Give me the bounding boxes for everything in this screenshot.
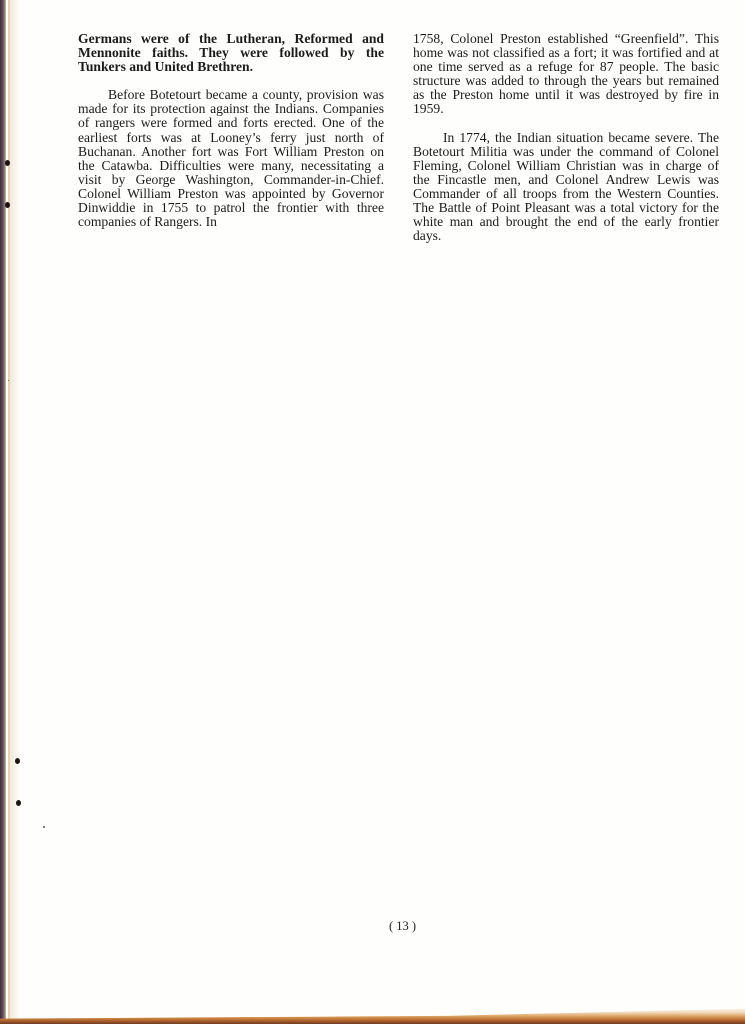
page-number: ( 13 ) — [0, 919, 745, 934]
right-column: 1758, Colonel Preston established “Green… — [413, 32, 719, 243]
paragraph-religions: Germans were of the Lutheran, Reformed a… — [78, 32, 384, 74]
binding-hole-icon — [5, 202, 10, 208]
page-bottom-edge — [0, 1006, 745, 1024]
paragraph-point-pleasant: In 1774, the Indian situation became sev… — [413, 131, 719, 244]
binding-hole-icon — [15, 758, 20, 764]
scanned-page: Germans were of the Lutheran, Reformed a… — [0, 0, 745, 1024]
paper-speck — [43, 826, 45, 828]
left-column: Germans were of the Lutheran, Reformed a… — [78, 32, 384, 229]
binding-shadow — [10, 0, 20, 1024]
binding-hole-icon — [16, 800, 21, 806]
paper-speck — [8, 380, 9, 381]
paragraph-forts: Before Botetourt became a county, pro­vi… — [78, 88, 384, 229]
binding-hole-icon — [5, 160, 10, 166]
binding-edge — [0, 0, 6, 1024]
paragraph-greenfield: 1758, Colonel Preston established “Green… — [413, 32, 719, 117]
